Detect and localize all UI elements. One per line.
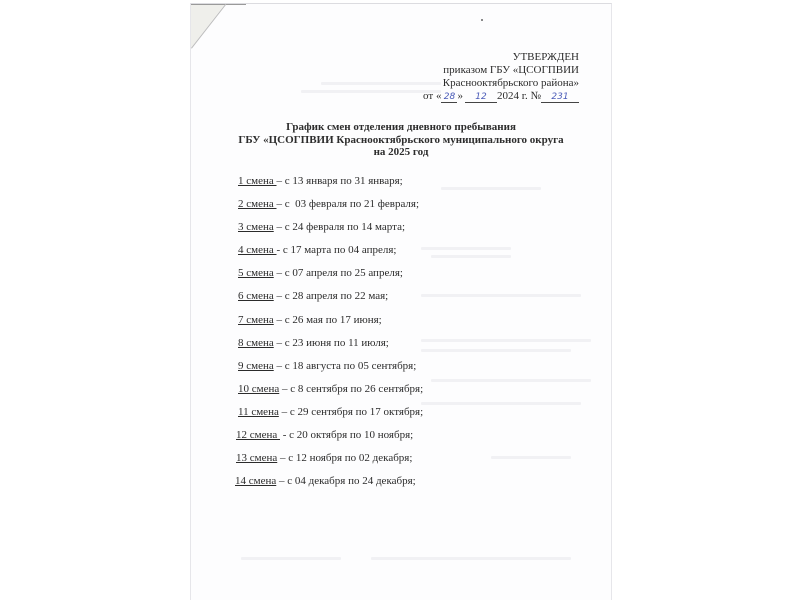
- bleed-through: [421, 247, 511, 250]
- shift-label: 14 смена: [235, 475, 276, 487]
- title-line-3: на 2025 год: [191, 146, 611, 159]
- date-prefix: от «: [423, 90, 441, 102]
- shift-label: 8 смена: [238, 337, 274, 349]
- shift-item: 2 смена – с 03 февраля по 21 февраля;: [238, 197, 423, 220]
- shift-item: 3 смена – с 24 февраля по 14 марта;: [238, 220, 423, 243]
- shift-item: 4 смена - с 17 марта по 04 апреля;: [238, 243, 423, 266]
- shift-dates: - с 20 октября по 10 ноября;: [280, 429, 413, 441]
- shift-label: 13 смена: [236, 452, 277, 464]
- bleed-through: [421, 402, 581, 405]
- bleed-through: [301, 90, 441, 93]
- title-line-2: ГБУ «ЦСОГПВИИ Краснооктябрьского муницип…: [191, 134, 611, 147]
- bleed-through: [431, 255, 511, 258]
- shift-item: 5 смена – с 07 апреля по 25 апреля;: [238, 266, 423, 289]
- bleed-through: [441, 187, 541, 190]
- shift-dates: – с 13 января по 31 января;: [277, 175, 403, 187]
- approval-date-line: от «28»122024 г. №231: [423, 90, 579, 103]
- approval-heading: УТВЕРЖДЕН: [423, 51, 579, 64]
- date-day-suffix: »: [457, 90, 463, 102]
- handwritten-order-number: 231: [541, 92, 579, 103]
- handwritten-month: 12: [465, 92, 497, 103]
- shift-dates: – с 07 апреля по 25 апреля;: [274, 267, 403, 279]
- shift-dates: – с 23 июня по 11 июля;: [274, 337, 389, 349]
- shift-item: 1 смена – с 13 января по 31 января;: [238, 174, 423, 197]
- shift-dates: – с 24 февраля по 14 марта;: [274, 221, 405, 233]
- shift-item: 7 смена – с 26 мая по 17 июня;: [238, 313, 423, 336]
- shift-label: 11 смена: [238, 406, 279, 418]
- shift-dates: – с 29 сентября по 17 октября;: [279, 406, 423, 418]
- document-title: График смен отделения дневного пребывани…: [191, 121, 611, 159]
- shift-dates: – с 18 августа по 05 сентября;: [274, 360, 417, 372]
- shift-label: 3 смена: [238, 221, 274, 233]
- shift-label: 1 смена: [238, 175, 277, 187]
- shift-dates: – с 8 сентября по 26 сентября;: [279, 383, 423, 395]
- approval-order-line: приказом ГБУ «ЦСОГПВИИ: [423, 64, 579, 77]
- shift-label: 7 смена: [238, 314, 274, 326]
- shift-label: 12 смена: [236, 429, 280, 441]
- shift-schedule-list: 1 смена – с 13 января по 31 января;2 сме…: [238, 174, 423, 497]
- shift-label: 4 смена: [238, 244, 277, 256]
- shift-item: 14 смена – с 04 декабря по 24 декабря;: [235, 474, 423, 497]
- shift-item: 6 смена – с 28 апреля по 22 мая;: [238, 289, 423, 312]
- bleed-through: [241, 557, 341, 560]
- shift-item: 8 смена – с 23 июня по 11 июля;: [238, 336, 423, 359]
- handwritten-day: 28: [441, 92, 457, 103]
- bleed-through: [421, 349, 571, 352]
- shift-item: 12 смена - с 20 октября по 10 ноября;: [236, 428, 423, 451]
- shift-label: 5 смена: [238, 267, 274, 279]
- title-line-1: График смен отделения дневного пребывани…: [191, 121, 611, 134]
- shift-dates: – с 12 ноября по 02 декабря;: [277, 452, 412, 464]
- shift-item: 13 смена – с 12 ноября по 02 декабря;: [236, 451, 423, 474]
- date-year-number-label: 2024 г. №: [497, 90, 541, 102]
- approval-stamp-block: УТВЕРЖДЕН приказом ГБУ «ЦСОГПВИИ Красноо…: [423, 51, 579, 103]
- shift-dates: – с 26 мая по 17 июня;: [274, 314, 382, 326]
- shift-dates: – с 28 апреля по 22 мая;: [274, 290, 388, 302]
- shift-item: 10 смена – с 8 сентября по 26 сентября;: [238, 382, 423, 405]
- shift-item: 11 смена – с 29 сентября по 17 октября;: [238, 405, 423, 428]
- approval-district-line: Краснооктябрьского района»: [423, 77, 579, 90]
- shift-item: 9 смена – с 18 августа по 05 сентября;: [238, 359, 423, 382]
- bleed-through: [421, 339, 591, 342]
- shift-label: 10 смена: [238, 383, 279, 395]
- bleed-through: [421, 294, 581, 297]
- scanned-document-page: УТВЕРЖДЕН приказом ГБУ «ЦСОГПВИИ Красноо…: [190, 3, 612, 600]
- scan-speck: [481, 19, 483, 21]
- shift-label: 9 смена: [238, 360, 274, 372]
- shift-label: 6 смена: [238, 290, 274, 302]
- bleed-through: [371, 557, 571, 560]
- shift-dates: – с 04 декабря по 24 декабря;: [276, 475, 415, 487]
- bleed-through: [491, 456, 571, 459]
- shift-label: 2 смена: [238, 198, 277, 210]
- shift-dates: – с 03 февраля по 21 февраля;: [277, 198, 420, 210]
- shift-dates: - с 17 марта по 04 апреля;: [277, 244, 397, 256]
- bleed-through: [431, 379, 591, 382]
